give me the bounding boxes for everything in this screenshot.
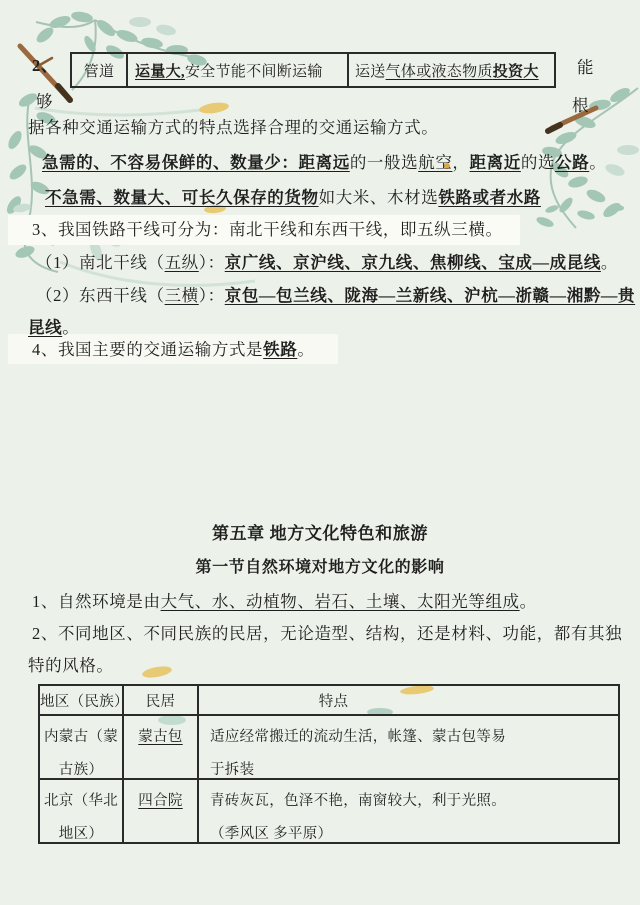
dwellings-header-dwelling: 民居: [124, 686, 199, 716]
east-west-trunks-line1: （2）东西干线（三横）：京包—包兰线、陇海—兰新线、沪杭—浙赣—湘黔—贵: [36, 286, 635, 306]
item2-wrap-char-neng: 能: [577, 58, 594, 78]
chapter-title: 第五章 地方文化特色和旅游: [28, 524, 612, 544]
dwellings-header-features: 特点: [199, 686, 618, 716]
table-row-region: 内蒙古（蒙古族）: [40, 716, 124, 780]
pipeline-table: 管道 运量大, 安全节能不间断运输 运送气体或液态物质投资大: [70, 52, 556, 88]
nature-components-line: 1、自然环境是由大气、水、动植物、岩石、土壤、太阳光等组成。: [32, 592, 537, 612]
table-row-dwelling: 蒙古包: [124, 716, 199, 780]
tip-urgent-goods-line: 急需的、不容易保鲜的、数量少：距离远的一般选航空，距离近的选公路。: [42, 153, 606, 173]
pipeline-mode-cell: 管道: [72, 54, 128, 86]
notes-page: 2、 管道 运量大, 安全节能不间断运输 运送气体或液态物质投资大 能 够 根 …: [0, 0, 640, 905]
table-row-region: 北京（华北地区）: [40, 780, 124, 842]
dwellings-table: 地区（民族） 民居 特点 内蒙古（蒙古族） 蒙古包 适应经常搬迁的流动生活，帐篷…: [38, 684, 620, 844]
pipeline-disadvantage-cell: 运送气体或液态物质投资大: [349, 54, 552, 86]
dwellings-header-region: 地区（民族）: [40, 686, 124, 716]
light-teal-leaves-right: [604, 145, 639, 178]
north-south-trunks-line: （1）南北干线（五纵）：京广线、京沪线、京九线、焦柳线、宝成—成昆线。: [36, 253, 618, 273]
item2-wrap-char-gou: 够: [36, 92, 53, 112]
tip-bulk-goods-line: 不急需、数量大、可长久保存的货物如大米、木材选铁路或者水路: [45, 188, 541, 208]
east-west-trunks-line2: 昆线。: [28, 318, 79, 338]
item2-continued-line: 据各种交通运输方式的特点选择合理的交通运输方式。: [28, 118, 438, 138]
pipeline-advantage-cell: 运量大, 安全节能不间断运输: [128, 54, 349, 86]
section-title: 第一节自然环境对地方文化的影响: [28, 558, 612, 577]
table-row-features: 青砖灰瓦，色泽不艳，南窗较大，利于光照。（季风区 多平原）: [199, 780, 618, 842]
table-row-features: 适应经常搬迁的流动生活，帐篷、蒙古包等易于拆装: [199, 716, 618, 780]
table-row-dwelling: 四合院: [124, 780, 199, 842]
item3-railway-trunks-line: 3、我国铁路干线可分为：南北干线和东西干线，即五纵三横。: [32, 220, 503, 240]
item4-main-transport-line: 4、我国主要的交通运输方式是铁路。: [32, 340, 314, 360]
dwellings-intro-line2: 特的风格。: [28, 656, 114, 676]
item2-wrap-char-gen: 根: [572, 96, 589, 116]
dwellings-intro-line1: 2、不同地区、不同民族的民居，无论造型、结构，还是材料、功能，都有其独: [32, 624, 622, 644]
item2-number: 2、: [32, 56, 58, 76]
